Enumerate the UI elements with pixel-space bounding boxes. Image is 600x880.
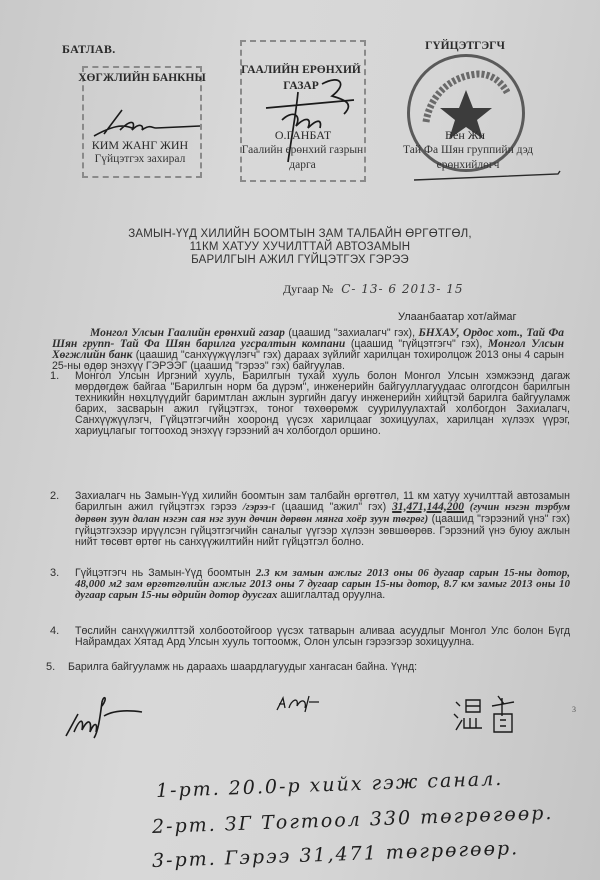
clause-3: 3. Гүйцэтгэгч нь Замын-Үүд боомтын 2.3 к… (50, 568, 570, 601)
signatory-title: Тай Фа Шян группийн дэд (398, 144, 538, 156)
clause-number: 4. (50, 626, 59, 637)
clause-number: 3. (50, 568, 59, 579)
clause-text-part: /гэрээ (243, 502, 268, 513)
title-line: ЗАМЫН-ҮҮД ХИЛИЙН БООМТЫН ЗАМ ТАЛБАЙН ӨРГ… (60, 228, 540, 241)
contract-number-value: С- 13- 6 2013- 15 (341, 282, 463, 296)
signatory-title-line2: дарга (235, 159, 370, 171)
clause-text: Монгол Улсын Иргэний хууль, Барилгын тух… (75, 371, 570, 436)
clause-1: 1. Монгол Улсын Иргэний хууль, Барилгын … (50, 371, 570, 436)
signatory-org: ГҮЙЦЭТГЭГЧ (420, 40, 510, 52)
contract-city: Улаанбаатар хот/аймаг (398, 311, 517, 323)
contract-number-label: Дугаар № (283, 282, 333, 296)
signatory-name: О.ГАНБАТ (248, 128, 358, 143)
contract-amount: 31,471,144,200 (392, 501, 464, 513)
handwritten-note: 1-рт. 20.0-р хийх гэж санал. (156, 768, 504, 802)
page-number: 3 (572, 705, 576, 714)
signature-underline (412, 170, 562, 182)
clause-text: Захиалагч нь Замын-Үүд хилийн боомтын за… (75, 491, 570, 548)
contract-number: Дугаар №С- 13- 6 2013- 15 (283, 282, 464, 297)
handwritten-note: 2-рт. ЗГ Тогтоол 330 төгрөгөөр. (152, 802, 554, 838)
initials-signature-center (275, 690, 325, 714)
signatory-title: Гүйцэтгэх захирал (85, 153, 195, 165)
initials-signature-left (64, 692, 144, 742)
clause-text: Барилга байгууламж нь дараахь шаардлагуу… (68, 662, 566, 673)
clause-text-part: -г (цаашид "ажил" гэх) (268, 501, 392, 513)
signatory-name: КИМ ЖАНГ ЖИН (85, 138, 195, 153)
signatory-name: Вен Жи (425, 128, 505, 143)
seal-text-arc (420, 68, 510, 128)
clause-4: 4. Төслийн санхүүжилттэй холбоотойгоор ү… (50, 626, 570, 648)
title-line: 11КМ ХАТУУ ХУЧИЛТТАЙ АВТОЗАМЫН (60, 241, 540, 254)
handwritten-note: 3-рт. Гэрээ 31,471 төгрөгөөр. (152, 837, 520, 872)
title-line: БАРИЛГЫН АЖИЛ ГҮЙЦЭТГЭХ ГЭРЭЭ (60, 254, 540, 267)
preamble: Монгол Улсын Гаалийн ерөнхий газар (цааш… (52, 328, 564, 372)
signatory-org: ХӨГЖЛИЙН БАНКНЫ (72, 72, 212, 84)
initials-signature-chinese (452, 692, 522, 736)
clause-number: 5. (46, 662, 55, 673)
scanned-contract-page: БАТЛАВ. ХӨГЖЛИЙН БАНКНЫ КИМ ЖАНГ ЖИН Гүй… (0, 0, 600, 880)
signatory-title: Гаалийн ерөнхий газрын (235, 144, 370, 156)
clause-2: 2. Захиалагч нь Замын-Үүд хилийн боомтын… (50, 491, 570, 548)
clause-number: 1. (50, 371, 59, 382)
clause-5: 5. Барилга байгууламж нь дараахь шаардла… (46, 662, 566, 673)
clause-text-part: ашиглалтад оруулна. (277, 589, 385, 601)
approval-label: БАТЛАВ. (62, 42, 116, 57)
clause-number: 2. (50, 491, 59, 502)
clause-text: Гүйцэтгэгч нь Замын-Үүд боомтын 2.3 км з… (75, 568, 570, 601)
contract-title: ЗАМЫН-ҮҮД ХИЛИЙН БООМТЫН ЗАМ ТАЛБАЙН ӨРГ… (60, 228, 540, 267)
signature-kim (92, 104, 202, 140)
clause-text: Төслийн санхүүжилттэй холбоотойгоор үүсэ… (75, 626, 570, 648)
